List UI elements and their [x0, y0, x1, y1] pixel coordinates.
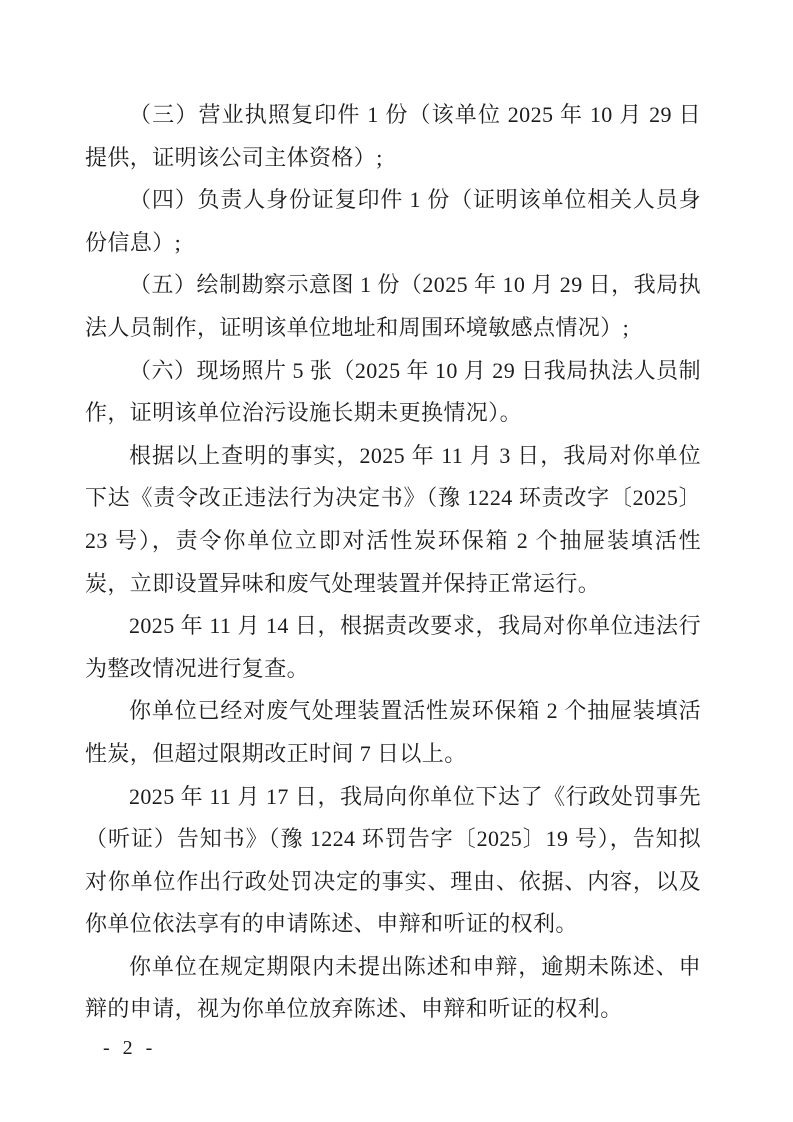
paragraph-rectification-result: 你单位已经对废气处理装置活性炭环保箱 2 个抽屉装填活性炭，但超过限期改正时间 …	[85, 690, 701, 775]
paragraph-evidence-item-3: （三）营业执照复印件 1 份（该单位 2025 年 10 月 29 日提供，证明…	[85, 94, 701, 179]
paragraph-correction-order: 根据以上查明的事实，2025 年 11 月 3 日，我局对你单位下达《责令改正违…	[85, 435, 701, 605]
document-body: （三）营业执照复印件 1 份（该单位 2025 年 10 月 29 日提供，证明…	[85, 94, 701, 1031]
paragraph-reinspection: 2025 年 11 月 14 日，根据责改要求，我局对你单位违法行为整改情况进行…	[85, 605, 701, 690]
paragraph-penalty-notice: 2025 年 11 月 17 日，我局向你单位下达了《行政处罚事先（听证）告知书…	[85, 776, 701, 946]
page-number: - 2 -	[103, 1036, 156, 1060]
paragraph-waiver-of-rights: 你单位在规定期限内未提出陈述和申辩，逾期未陈述、申辩的申请，视为你单位放弃陈述、…	[85, 946, 701, 1031]
paragraph-evidence-item-6: （六）现场照片 5 张（2025 年 10 月 29 日我局执法人员制作，证明该…	[85, 350, 701, 435]
paragraph-evidence-item-4: （四）负责人身份证复印件 1 份（证明该单位相关人员身份信息）;	[85, 179, 701, 264]
paragraph-evidence-item-5: （五）绘制勘察示意图 1 份（2025 年 10 月 29 日，我局执法人员制作…	[85, 264, 701, 349]
document-page: （三）营业执照复印件 1 份（该单位 2025 年 10 月 29 日提供，证明…	[0, 0, 793, 1122]
